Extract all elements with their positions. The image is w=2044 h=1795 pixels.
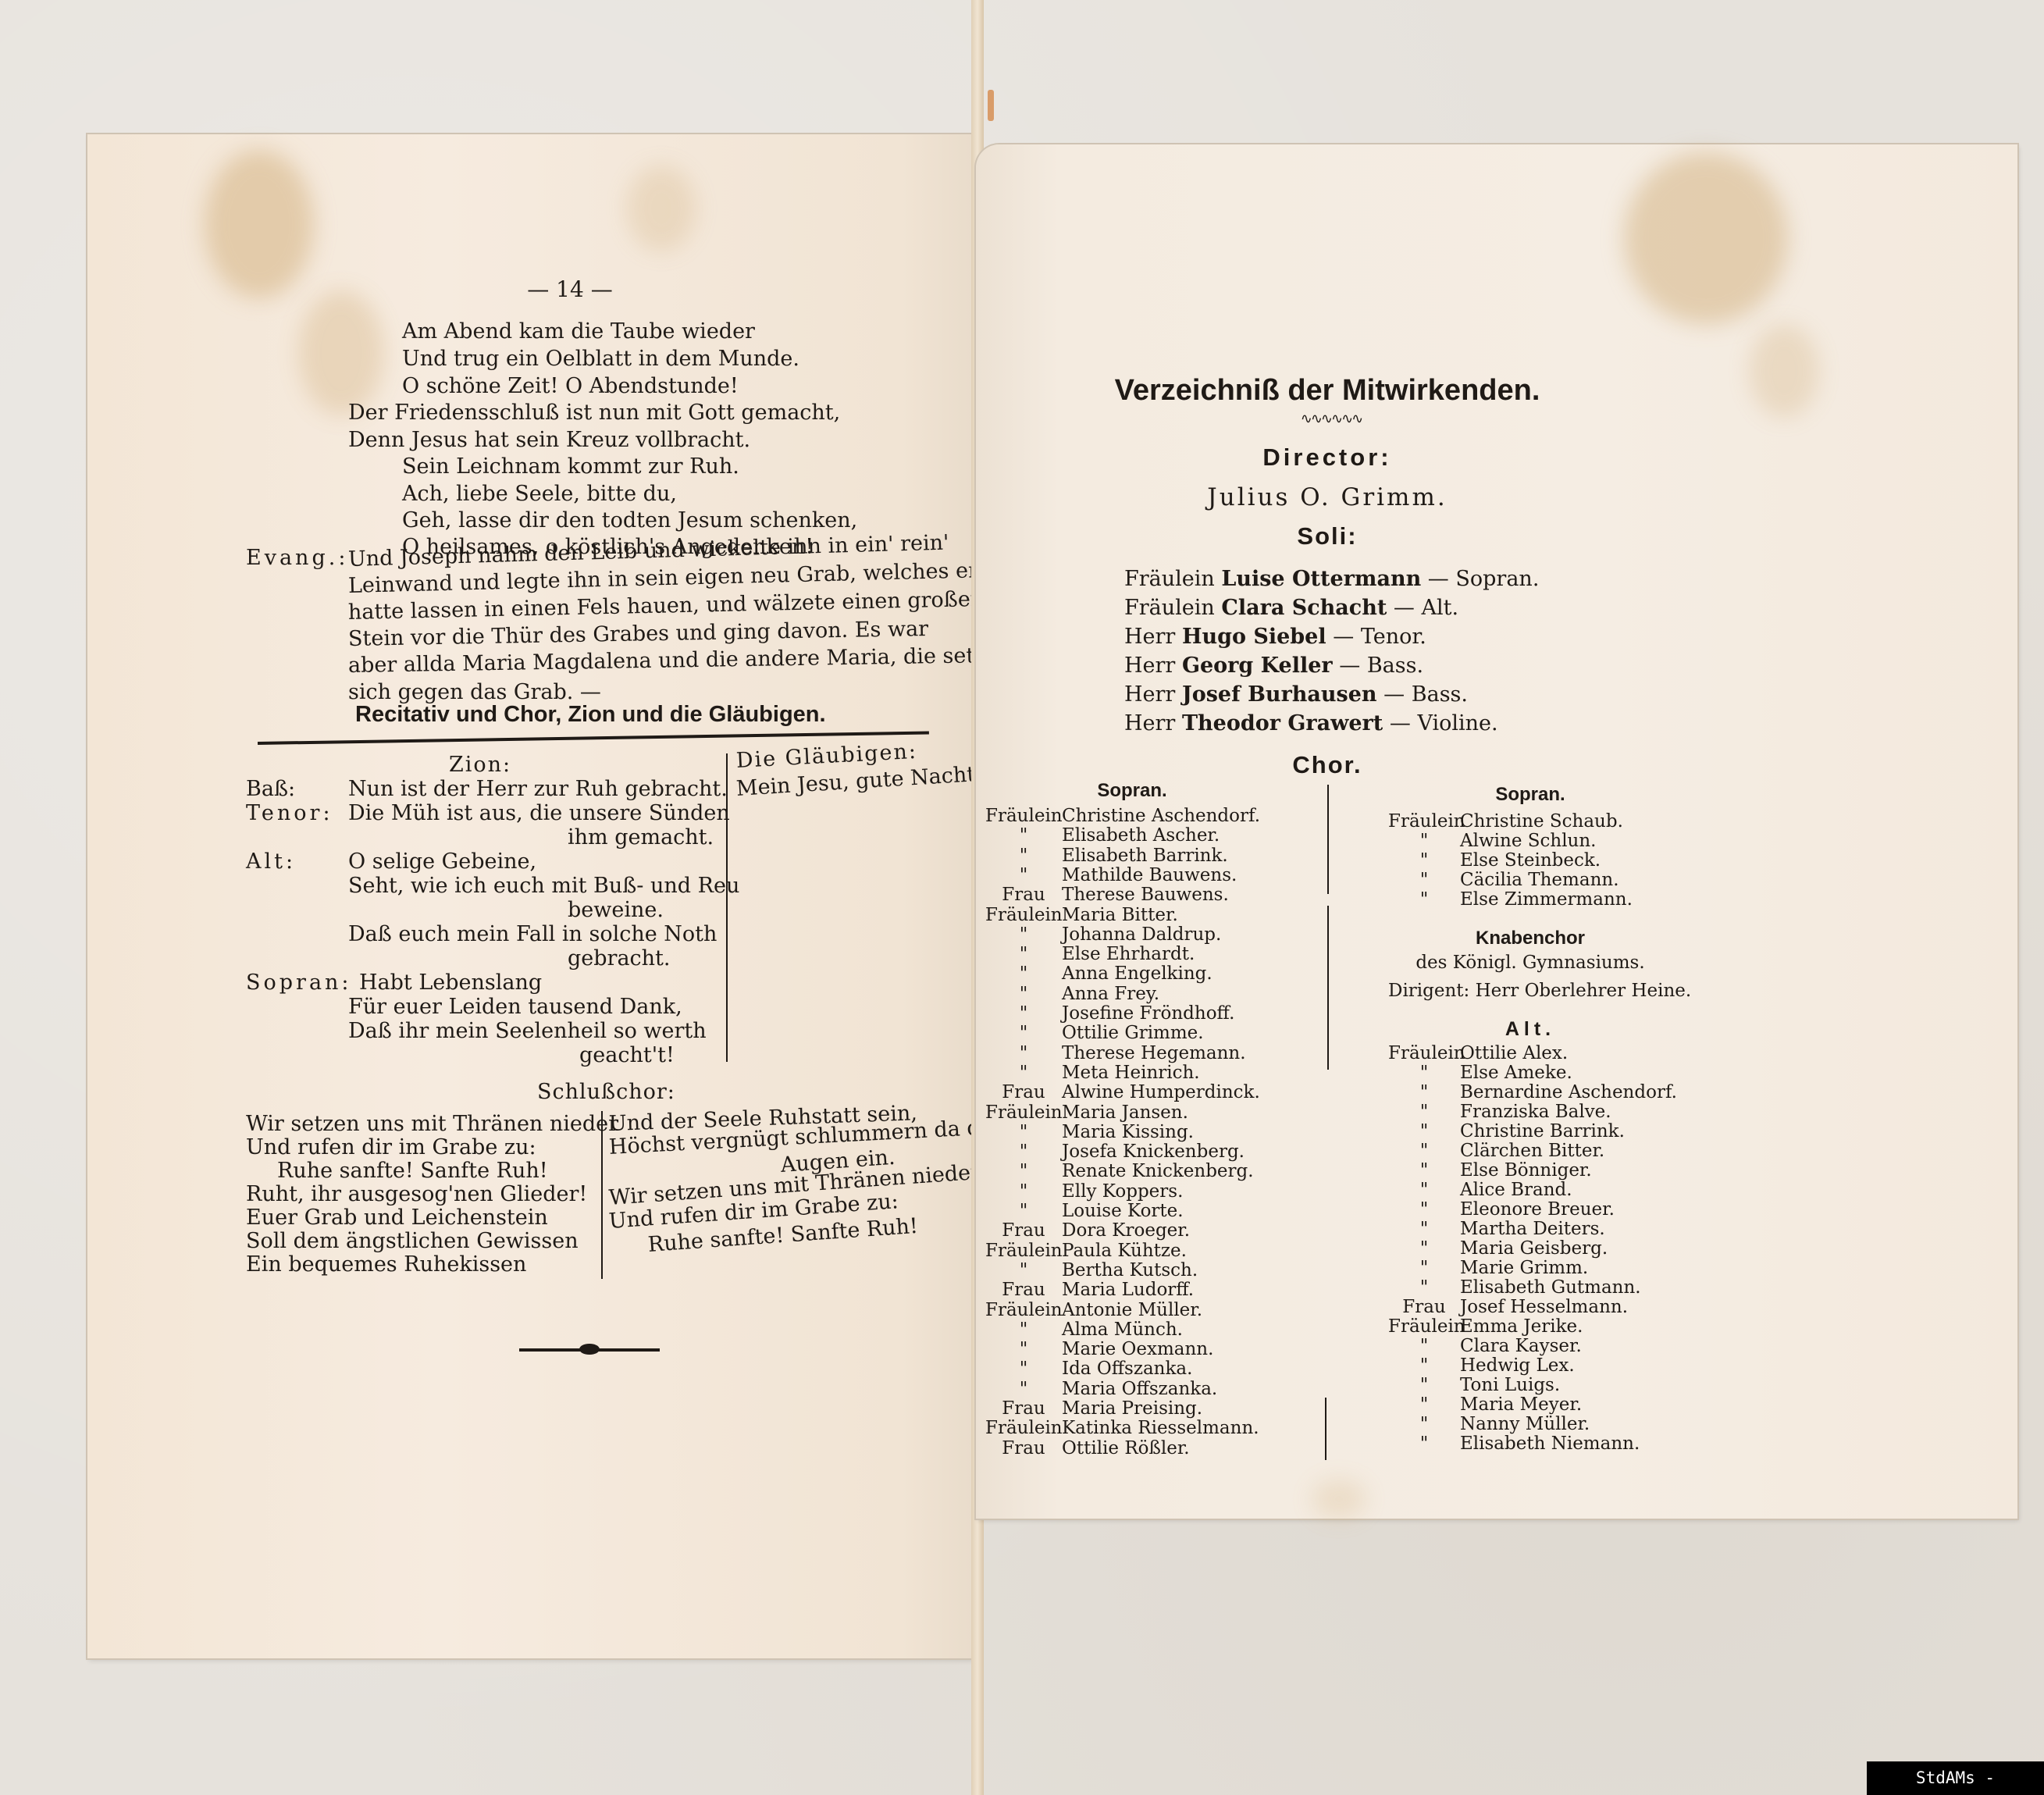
- chorus-line: Ruhe sanfte! Sanfte Ruh!: [277, 1159, 548, 1183]
- choir-member-row: "Marie Grimm.: [1388, 1259, 1588, 1278]
- member-title: ": [1388, 1122, 1460, 1141]
- member-name: Josefine Fröndhoff.: [1062, 1003, 1234, 1024]
- member-title: ": [985, 1024, 1062, 1043]
- choir-member-row: FräuleinMaria Bitter.: [985, 906, 1178, 925]
- lyric-line: gebracht.: [568, 947, 671, 971]
- member-name: Bertha Kutsch.: [1062, 1260, 1198, 1280]
- choir-member-row: "Maria Offszanka.: [985, 1380, 1217, 1399]
- choir-member-row: "Marie Oexmann.: [985, 1340, 1213, 1359]
- choir-member-row: "Elisabeth Gutmann.: [1388, 1278, 1641, 1298]
- choir-member-row: "Maria Kissing.: [985, 1123, 1194, 1142]
- member-title: ": [1388, 1063, 1460, 1083]
- chorus-line: Wir setzen uns mit Thränen nieder: [246, 1113, 618, 1136]
- chor-sopran-heading: Sopran.: [1046, 779, 1218, 803]
- chorus-line: Ein bequemes Ruhekissen: [246, 1253, 526, 1277]
- soloist-name: Georg Keller: [1182, 654, 1333, 678]
- prose-line: sich gegen das Grab. —: [348, 681, 601, 704]
- choir-member-row: "Maria Meyer.: [1388, 1395, 1582, 1415]
- member-title: ": [985, 1123, 1062, 1142]
- member-name: Maria Preising.: [1062, 1398, 1202, 1419]
- member-name: Alwine Humperdinck.: [1062, 1082, 1260, 1102]
- member-name: Elisabeth Ascher.: [1062, 825, 1220, 846]
- member-name: Marie Grimm.: [1460, 1258, 1588, 1278]
- choir-member-row: "Josefa Knickenberg.: [985, 1142, 1245, 1162]
- member-name: Eleonore Breuer.: [1460, 1199, 1615, 1220]
- voice-label: Alt:: [246, 850, 296, 874]
- member-title: ": [1388, 890, 1460, 910]
- choir-member-row: FräuleinMaria Jansen.: [985, 1103, 1188, 1123]
- dash: —: [1394, 596, 1415, 620]
- choir-member-row: "Elisabeth Niemann.: [1388, 1434, 1640, 1454]
- member-name: Meta Heinrich.: [1062, 1063, 1200, 1083]
- member-name: Mathilde Bauwens.: [1062, 865, 1237, 885]
- foxing-stain: [1749, 324, 1819, 418]
- member-title: ": [985, 945, 1062, 964]
- member-title: ": [985, 826, 1062, 846]
- verse-line: O schöne Zeit! O Abendstunde!: [402, 375, 739, 398]
- member-name: Alice Brand.: [1460, 1180, 1572, 1200]
- member-name: Elly Koppers.: [1062, 1181, 1183, 1202]
- member-title: Frau: [985, 885, 1062, 905]
- lyric-line: Nun ist der Herr zur Ruh gebracht.: [348, 778, 728, 801]
- member-name: Else Ameke.: [1460, 1063, 1572, 1083]
- member-name: Ottilie Alex.: [1460, 1043, 1568, 1063]
- member-title: ": [1388, 1220, 1460, 1239]
- member-title: ": [985, 1044, 1062, 1063]
- choir-member-row: "Anna Frey.: [985, 985, 1159, 1004]
- member-title: ": [985, 1261, 1062, 1280]
- soloist-title: Herr: [1124, 654, 1175, 678]
- member-name: Christine Barrink.: [1460, 1121, 1625, 1141]
- member-title: ": [985, 985, 1062, 1004]
- column-divider: [601, 1111, 603, 1279]
- chorus-line: Ruht, ihr ausgesog'nen Glieder!: [246, 1183, 587, 1206]
- member-title: ": [1388, 871, 1460, 890]
- chor-heading: Chor.: [1210, 753, 1444, 777]
- member-name: Ottilie Grimme.: [1062, 1023, 1204, 1043]
- member-name: Martha Deiters.: [1460, 1219, 1605, 1239]
- choir-member-row: FräuleinChristine Aschendorf.: [985, 807, 1260, 826]
- choir-member-row: "Else Ehrhardt.: [985, 945, 1195, 964]
- member-title: ": [985, 866, 1062, 885]
- soloist-title: Fräulein: [1124, 596, 1215, 620]
- soloist-title: Fräulein: [1124, 567, 1215, 591]
- soloist-name: Luise Ottermann: [1221, 567, 1421, 591]
- member-name: Dora Kroeger.: [1062, 1220, 1190, 1241]
- member-name: Maria Jansen.: [1062, 1102, 1188, 1123]
- member-title: ": [1388, 1083, 1460, 1102]
- member-name: Hedwig Lex.: [1460, 1355, 1575, 1376]
- lyric-line: ihm gemacht.: [568, 826, 714, 849]
- column-divider: [1325, 1398, 1326, 1460]
- member-name: Johanna Daldrup.: [1062, 924, 1221, 945]
- member-title: Fräulein: [985, 1241, 1062, 1261]
- member-title: Frau: [985, 1399, 1062, 1419]
- member-title: ": [1388, 1376, 1460, 1395]
- soloist-role: Alt.: [1422, 596, 1459, 620]
- choir-member-row: "Ottilie Grimme.: [985, 1024, 1204, 1043]
- knabenchor-subtitle: des Königl. Gymnasiums.: [1374, 951, 1686, 974]
- member-title: ": [985, 1359, 1062, 1379]
- choir-member-row: "Christine Barrink.: [1388, 1122, 1625, 1141]
- member-title: ": [1388, 1181, 1460, 1200]
- schlusschor-heading: Schlußchor:: [537, 1081, 675, 1104]
- choir-member-row: "Franziska Balve.: [1388, 1102, 1611, 1122]
- choir-member-row: "Alice Brand.: [1388, 1181, 1572, 1200]
- wavy-divider: ∿∿∿∿∿∿: [1288, 412, 1374, 426]
- member-title: ": [1388, 1102, 1460, 1122]
- lyric-line: geacht't!: [579, 1044, 675, 1067]
- member-name: Else Steinbeck.: [1460, 850, 1601, 871]
- choir-member-row: "Mathilde Bauwens.: [985, 866, 1237, 885]
- voice-label: Sopran:: [246, 971, 352, 995]
- choir-member-row: "Cäcilia Themann.: [1388, 871, 1619, 890]
- member-name: Maria Bitter.: [1062, 905, 1178, 925]
- member-name: Else Ehrhardt.: [1062, 944, 1195, 964]
- member-name: Clärchen Bitter.: [1460, 1141, 1604, 1161]
- member-name: Elisabeth Niemann.: [1460, 1434, 1640, 1454]
- soloist-title: Herr: [1124, 625, 1175, 649]
- member-title: ": [985, 1320, 1062, 1340]
- member-name: Therese Bauwens.: [1062, 885, 1229, 905]
- soloist-role: Tenor.: [1361, 625, 1426, 649]
- soloist-name: Clara Schacht: [1221, 596, 1387, 620]
- member-name: Katinka Riesselmann.: [1062, 1418, 1259, 1438]
- choir-member-row: FrauDora Kroeger.: [985, 1221, 1190, 1241]
- soloist-title: Herr: [1124, 682, 1175, 707]
- director-heading: Director:: [1132, 446, 1522, 469]
- choir-member-row: FrauMaria Ludorff.: [985, 1280, 1194, 1300]
- member-name: Maria Geisberg.: [1460, 1238, 1608, 1259]
- soloist-row: Fräulein Luise Ottermann — Sopran.: [1124, 568, 1539, 591]
- dash: —: [1390, 711, 1411, 735]
- column-divider: [1327, 906, 1329, 1070]
- member-name: Franziska Balve.: [1460, 1102, 1611, 1122]
- member-name: Elisabeth Gutmann.: [1460, 1277, 1641, 1298]
- member-name: Cäcilia Themann.: [1460, 870, 1619, 890]
- choir-member-row: "Else Ameke.: [1388, 1063, 1572, 1083]
- verse-line: Am Abend kam die Taube wieder: [402, 320, 755, 344]
- member-title: Fräulein: [1388, 1044, 1460, 1063]
- choir-member-row: "Toni Luigs.: [1388, 1376, 1560, 1395]
- member-name: Josefa Knickenberg.: [1062, 1141, 1245, 1162]
- choir-member-row: FräuleinOttilie Alex.: [1388, 1044, 1568, 1063]
- member-name: Maria Kissing.: [1062, 1122, 1194, 1142]
- member-name: Bernardine Aschendorf.: [1460, 1082, 1677, 1102]
- member-name: Antonie Müller.: [1062, 1300, 1202, 1320]
- soloist-role: Violine.: [1417, 711, 1497, 735]
- member-title: Fräulein: [985, 1103, 1062, 1123]
- soloist-row: Herr Josef Burhausen — Bass.: [1124, 683, 1468, 707]
- member-title: Frau: [1388, 1298, 1460, 1317]
- member-name: Nanny Müller.: [1460, 1414, 1590, 1434]
- lyric-line: Für euer Leiden tausend Dank,: [348, 995, 682, 1019]
- member-title: ": [1388, 1415, 1460, 1434]
- member-name: Anna Engelking.: [1062, 963, 1213, 984]
- lyric-line: O selige Gebeine,: [348, 850, 536, 874]
- lyric-line: Seht, wie ich euch mit Buß- und Reu: [348, 874, 739, 898]
- choir-member-row: FrauJosef Hesselmann.: [1388, 1298, 1628, 1317]
- member-name: Else Bönniger.: [1460, 1160, 1592, 1181]
- choir-member-row: FräuleinChristine Schaub.: [1388, 812, 1623, 832]
- foxing-stain: [626, 166, 696, 251]
- foxing-stain: [1624, 152, 1788, 324]
- soloist-row: Herr Georg Keller — Bass.: [1124, 654, 1423, 678]
- verse-line: Sein Leichnam kommt zur Ruh.: [402, 455, 739, 479]
- soloist-row: Herr Theodor Grawert — Violine.: [1124, 712, 1498, 735]
- lyric-line: Daß euch mein Fall in solche Noth: [348, 923, 717, 946]
- member-title: ": [1388, 1161, 1460, 1181]
- choir-member-row: FrauTherese Bauwens.: [985, 885, 1229, 905]
- member-name: Maria Meyer.: [1460, 1394, 1582, 1415]
- member-title: ": [985, 1340, 1062, 1359]
- member-title: ": [1388, 832, 1460, 851]
- member-name: Paula Kühtze.: [1062, 1241, 1187, 1261]
- spine-tab: [988, 90, 994, 121]
- chor-sopran-heading-right: Sopran.: [1444, 783, 1616, 807]
- verse-line: Der Friedensschluß ist nun mit Gott gema…: [348, 401, 840, 425]
- dirigent-line: Dirigent: Herr Oberlehrer Heine.: [1388, 979, 1691, 1003]
- choir-member-row: "Clärchen Bitter.: [1388, 1141, 1604, 1161]
- member-name: Alwine Schlun.: [1460, 831, 1597, 851]
- member-title: ": [985, 1162, 1062, 1181]
- member-name: Emma Jerike.: [1460, 1316, 1583, 1337]
- member-title: ": [1388, 1434, 1460, 1454]
- lyric-line: Daß ihr mein Seelenheil so werth: [348, 1020, 707, 1043]
- lyric-line: Die Müh ist aus, die unsere Sünden: [348, 802, 730, 825]
- member-title: Fräulein: [1388, 1317, 1460, 1337]
- choir-member-row: "Meta Heinrich.: [985, 1063, 1200, 1083]
- soloist-name: Hugo Siebel: [1182, 625, 1326, 649]
- knabenchor-heading: Knabenchor: [1413, 927, 1647, 950]
- choir-member-row: "Eleonore Breuer.: [1388, 1200, 1615, 1220]
- dash: —: [1428, 567, 1449, 591]
- member-name: Ottilie Rößler.: [1062, 1438, 1190, 1458]
- choir-member-row: "Anna Engelking.: [985, 964, 1213, 984]
- soloist-role: Bass.: [1412, 682, 1468, 707]
- member-title: Fräulein: [1388, 812, 1460, 832]
- verse-line: Geh, lasse dir den todten Jesum schenken…: [402, 509, 857, 532]
- member-title: ": [1388, 1356, 1460, 1376]
- foxing-stain: [298, 290, 384, 415]
- choir-member-row: "Clara Kayser.: [1388, 1337, 1582, 1356]
- verse-line: Und trug ein Oelblatt in dem Munde.: [402, 347, 799, 371]
- member-title: ": [1388, 1239, 1460, 1259]
- member-name: Maria Ludorff.: [1062, 1280, 1194, 1300]
- soloist-row: Herr Hugo Siebel — Tenor.: [1124, 625, 1426, 649]
- member-title: ": [1388, 1395, 1460, 1415]
- choir-member-row: "Elly Koppers.: [985, 1182, 1183, 1202]
- choir-member-row: "Therese Hegemann.: [985, 1044, 1246, 1063]
- verse-line: Ach, liebe Seele, bitte du,: [402, 483, 677, 506]
- choir-member-row: "Josefine Fröndhoff.: [985, 1004, 1234, 1024]
- dash: —: [1333, 625, 1354, 649]
- member-title: ": [1388, 1259, 1460, 1278]
- dash: —: [1339, 654, 1360, 678]
- member-title: ": [985, 1063, 1062, 1083]
- soli-heading: Soli:: [1132, 525, 1522, 548]
- member-name: Toni Luigs.: [1460, 1375, 1560, 1395]
- voice-label: Baß:: [246, 778, 295, 801]
- alt-heading: Alt.: [1452, 1017, 1608, 1041]
- choir-member-row: "Maria Geisberg.: [1388, 1239, 1608, 1259]
- choir-member-row: "Ida Offszanka.: [985, 1359, 1192, 1379]
- member-name: Alma Münch.: [1062, 1320, 1183, 1340]
- member-title: Fräulein: [985, 1301, 1062, 1320]
- director-name: Julius O. Grimm.: [1132, 486, 1522, 509]
- member-title: ": [985, 1142, 1062, 1162]
- choir-member-row: "Else Bönniger.: [1388, 1161, 1592, 1181]
- soloist-title: Herr: [1124, 711, 1175, 735]
- voice-label: Tenor:: [246, 802, 333, 825]
- choir-member-row: "Louise Korte.: [985, 1202, 1184, 1221]
- verse-line: Denn Jesus hat sein Kreuz vollbracht.: [348, 429, 750, 452]
- member-name: Louise Korte.: [1062, 1201, 1184, 1221]
- member-title: Frau: [985, 1439, 1062, 1458]
- lyric-line: beweine.: [568, 899, 664, 922]
- choir-member-row: FräuleinAntonie Müller.: [985, 1301, 1202, 1320]
- member-name: Ida Offszanka.: [1062, 1359, 1192, 1379]
- member-title: ": [985, 1182, 1062, 1202]
- choir-member-row: "Johanna Daldrup.: [985, 925, 1221, 945]
- member-name: Anna Frey.: [1062, 984, 1159, 1004]
- choir-member-row: "Else Steinbeck.: [1388, 851, 1601, 871]
- zion-heading: Zion:: [449, 753, 511, 777]
- member-name: Josef Hesselmann.: [1460, 1297, 1628, 1317]
- member-title: ": [985, 1380, 1062, 1399]
- choir-member-row: "Elisabeth Barrink.: [985, 846, 1228, 866]
- ornament-divider: [519, 1348, 660, 1352]
- speaker-label: Evang.:: [246, 547, 348, 570]
- member-title: Fräulein: [985, 1419, 1062, 1438]
- dash: —: [1383, 682, 1405, 707]
- member-title: ": [985, 964, 1062, 984]
- choir-member-row: FräuleinPaula Kühtze.: [985, 1241, 1187, 1261]
- choir-member-row: "Alma Münch.: [985, 1320, 1183, 1340]
- member-name: Elisabeth Barrink.: [1062, 846, 1228, 866]
- page-number: — 14 —: [453, 278, 687, 301]
- choir-member-row: "Bertha Kutsch.: [985, 1261, 1198, 1280]
- soloist-name: Theodor Grawert: [1182, 711, 1383, 735]
- choir-member-row: "Else Zimmermann.: [1388, 890, 1633, 910]
- foxing-stain: [1312, 1480, 1366, 1519]
- archive-label: StdAMs - MV_004_503: [1867, 1761, 2044, 1795]
- member-name: Marie Oexmann.: [1062, 1339, 1213, 1359]
- soloist-role: Sopran.: [1455, 567, 1539, 591]
- chorus-line: Soll dem ängstlichen Gewissen: [246, 1230, 579, 1253]
- choir-member-row: "Nanny Müller.: [1388, 1415, 1590, 1434]
- choir-member-row: "Hedwig Lex.: [1388, 1356, 1575, 1376]
- member-title: ": [985, 1202, 1062, 1221]
- choir-member-row: FrauOttilie Rößler.: [985, 1439, 1190, 1458]
- choir-member-row: "Renate Knickenberg.: [985, 1162, 1254, 1181]
- member-name: Christine Aschendorf.: [1062, 806, 1260, 826]
- member-name: Therese Hegemann.: [1062, 1043, 1246, 1063]
- choir-member-row: "Elisabeth Ascher.: [985, 826, 1220, 846]
- member-title: Fräulein: [985, 906, 1062, 925]
- choir-member-row: "Bernardine Aschendorf.: [1388, 1083, 1677, 1102]
- member-name: Clara Kayser.: [1460, 1336, 1582, 1356]
- member-title: ": [1388, 1141, 1460, 1161]
- soloist-name: Josef Burhausen: [1182, 682, 1377, 707]
- foxing-stain: [205, 150, 314, 298]
- chorus-line: Euer Grab und Leichenstein: [246, 1206, 548, 1230]
- member-name: Maria Offszanka.: [1062, 1379, 1217, 1399]
- member-title: ": [985, 925, 1062, 945]
- member-title: Frau: [985, 1083, 1062, 1102]
- member-name: Renate Knickenberg.: [1062, 1161, 1254, 1181]
- member-title: ": [985, 1004, 1062, 1024]
- section-heading: Recitativ und Chor, Zion und die Gläubig…: [355, 703, 826, 726]
- member-title: Fräulein: [985, 807, 1062, 826]
- chorus-line: Und rufen dir im Grabe zu:: [246, 1136, 536, 1159]
- soloist-role: Bass.: [1367, 654, 1423, 678]
- member-title: Frau: [985, 1280, 1062, 1300]
- choir-member-row: FrauAlwine Humperdinck.: [985, 1083, 1260, 1102]
- column-divider: [1327, 785, 1329, 894]
- choir-member-row: "Martha Deiters.: [1388, 1220, 1605, 1239]
- member-name: Christine Schaub.: [1460, 811, 1623, 832]
- member-title: ": [1388, 1337, 1460, 1356]
- member-title: ": [985, 846, 1062, 866]
- page-title: Verzeichniß der Mitwirkenden.: [1093, 373, 1561, 408]
- member-title: ": [1388, 851, 1460, 871]
- choir-member-row: FrauMaria Preising.: [985, 1399, 1202, 1419]
- member-title: Frau: [985, 1221, 1062, 1241]
- choir-member-row: FräuleinKatinka Riesselmann.: [985, 1419, 1259, 1438]
- choir-member-row: FräuleinEmma Jerike.: [1388, 1317, 1583, 1337]
- member-title: ": [1388, 1200, 1460, 1220]
- lyric-line: Habt Lebenslang: [359, 971, 542, 995]
- choir-member-row: "Alwine Schlun.: [1388, 832, 1597, 851]
- soloist-row: Fräulein Clara Schacht — Alt.: [1124, 597, 1458, 620]
- member-name: Else Zimmermann.: [1460, 889, 1633, 910]
- member-title: ": [1388, 1278, 1460, 1298]
